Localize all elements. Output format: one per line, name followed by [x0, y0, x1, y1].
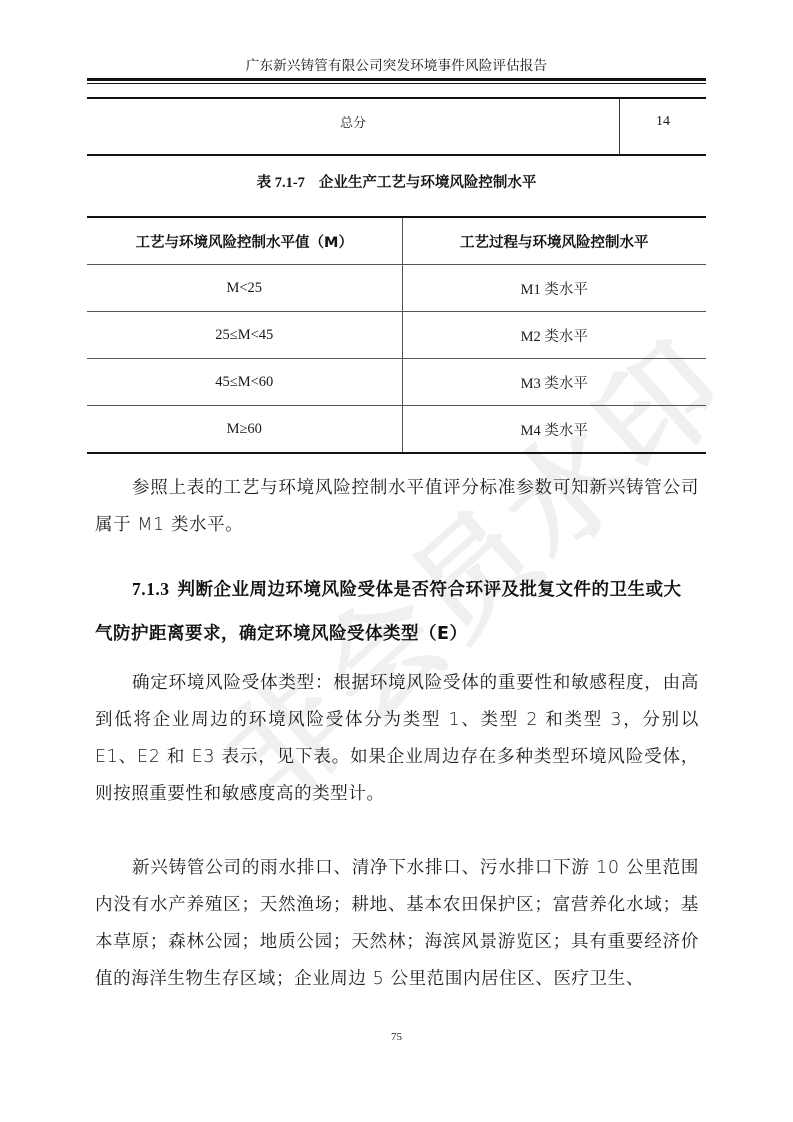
level-cell: M4 类水平 — [402, 406, 706, 454]
range-cell: 45≤M<60 — [87, 359, 402, 406]
paragraph-text: 确定环境风险受体类型：根据环境风险受体的重要性和敏感程度，由高到低将企业周边的环… — [95, 665, 699, 813]
range-cell: 25≤M<45 — [87, 312, 402, 359]
running-header: 广东新兴铸管有限公司突发环境事件风险评估报告 — [87, 54, 706, 74]
paragraph-receptor-types: 确定环境风险受体类型：根据环境风险受体的重要性和敏感程度，由高到低将企业周边的环… — [95, 665, 699, 813]
table-row: M<25 M1 类水平 — [87, 265, 706, 312]
table-row: 25≤M<45 M2 类水平 — [87, 312, 706, 359]
total-label: 总分 — [87, 98, 620, 155]
table-caption: 表 7.1-7企业生产工艺与环境风险控制水平 — [87, 171, 706, 192]
section-number: 7.1.3 — [132, 579, 170, 599]
column-header-control-level: 工艺过程与环境风险控制水平 — [402, 217, 706, 265]
total-value: 14 — [620, 98, 706, 155]
total-score-table: 总分 14 — [87, 97, 706, 156]
level-cell: M2 类水平 — [402, 312, 706, 359]
paragraph-text: 新兴铸管公司的雨水排口、清净下水排口、污水排口下游 10 公里范围内没有水产养殖… — [95, 850, 699, 998]
section-heading: 7.1.3判断企业周边环境风险受体是否符合环评及批复文件的卫生或大气防护距离要求… — [95, 567, 699, 656]
range-cell: M≥60 — [87, 406, 402, 454]
section-title: 判断企业周边环境风险受体是否符合环评及批复文件的卫生或大气防护距离要求，确定环境… — [95, 580, 682, 644]
paragraph-text: 参照上表的工艺与环境风险控制水平值评分标准参数可知新兴铸管公司属于 M1 类水平… — [95, 470, 699, 544]
table-row: M≥60 M4 类水平 — [87, 406, 706, 454]
table-caption-number: 表 7.1-7 — [257, 175, 305, 191]
table-caption-title: 企业生产工艺与环境风险控制水平 — [319, 175, 537, 191]
column-header-m-value: 工艺与环境风险控制水平值（M） — [87, 217, 402, 265]
paragraph-conclusion: 参照上表的工艺与环境风险控制水平值评分标准参数可知新兴铸管公司属于 M1 类水平… — [95, 470, 699, 544]
paragraph-surroundings: 新兴铸管公司的雨水排口、清净下水排口、污水排口下游 10 公里范围内没有水产养殖… — [95, 850, 699, 998]
table-row: 总分 14 — [87, 98, 706, 155]
header-rule-secondary — [87, 83, 706, 84]
level-cell: M3 类水平 — [402, 359, 706, 406]
page-number: 75 — [87, 1031, 706, 1043]
table-row: 45≤M<60 M3 类水平 — [87, 359, 706, 406]
header-rule — [87, 78, 706, 81]
range-cell: M<25 — [87, 265, 402, 312]
control-level-table: 工艺与环境风险控制水平值（M） 工艺过程与环境风险控制水平 M<25 M1 类水… — [87, 216, 706, 454]
level-cell: M1 类水平 — [402, 265, 706, 312]
table-header-row: 工艺与环境风险控制水平值（M） 工艺过程与环境风险控制水平 — [87, 217, 706, 265]
